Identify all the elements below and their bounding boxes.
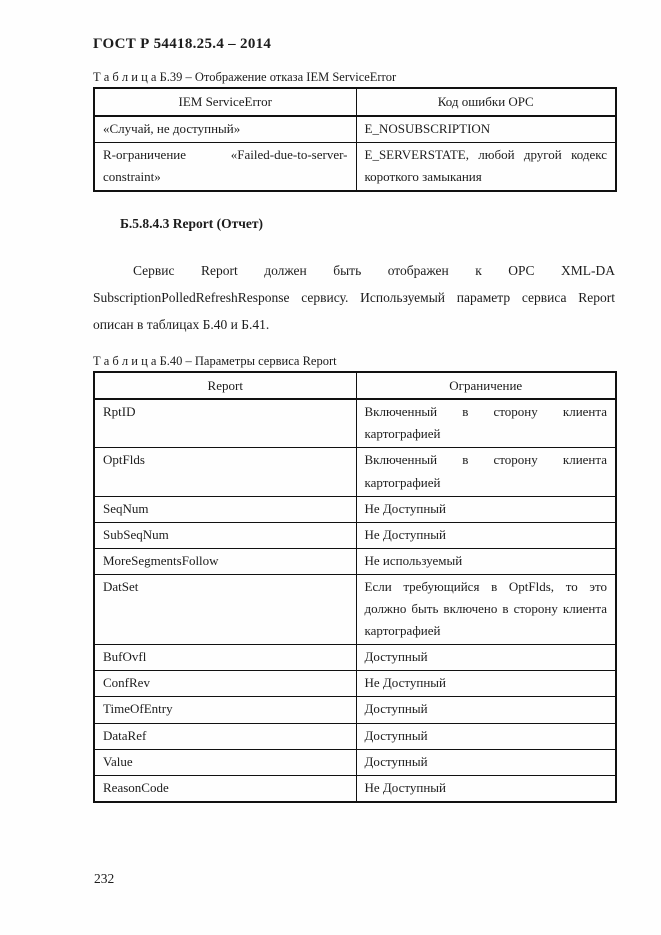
table-cell: Включенный в сторону клиента картографие…: [356, 448, 616, 496]
table-cell: Не Доступный: [356, 775, 616, 802]
table-row: SubSeqNum Не Доступный: [94, 522, 616, 548]
table-row: OptFlds Включенный в сторону клиента кар…: [94, 448, 616, 496]
table-row: DatSet Если требующийся в OptFlds, то эт…: [94, 574, 616, 644]
table-b40: Report Ограничение RptID Включенный в ст…: [93, 371, 617, 803]
section-heading: Б.5.8.4.3 Report (Отчет): [93, 216, 615, 232]
page-number: 232: [94, 871, 114, 887]
table-row: RptID Включенный в сторону клиента карто…: [94, 399, 616, 448]
document-page: ГОСТ Р 54418.25.4 – 2014 Т а б л и ц а Б…: [0, 0, 661, 935]
table-row: MoreSegmentsFollow Не используемый: [94, 548, 616, 574]
page-content: ГОСТ Р 54418.25.4 – 2014 Т а б л и ц а Б…: [93, 0, 615, 803]
table-cell: ReasonCode: [94, 775, 356, 802]
table-cell: DatSet: [94, 574, 356, 644]
table-cell: TimeOfEntry: [94, 697, 356, 723]
table-cell: SeqNum: [94, 496, 356, 522]
table-b40-header-row: Report Ограничение: [94, 372, 616, 400]
table-row: R-ограничение «Failed-due-to-server-cons…: [94, 142, 616, 191]
table-row: ReasonCode Не Доступный: [94, 775, 616, 802]
table-cell: RptID: [94, 399, 356, 448]
table-cell: Не Доступный: [356, 496, 616, 522]
table-cell: Включенный в сторону клиента картографие…: [356, 399, 616, 448]
table-b39-caption: Т а б л и ц а Б.39 – Отображение отказа …: [93, 70, 615, 85]
table-cell: DataRef: [94, 723, 356, 749]
table-b39: IEM ServiceError Код ошибки OPC «Случай,…: [93, 87, 617, 192]
table-cell: «Случай, не доступный»: [94, 116, 356, 143]
table-cell: Не Доступный: [356, 671, 616, 697]
table-cell: Доступный: [356, 645, 616, 671]
table-cell: Не используемый: [356, 548, 616, 574]
table-b39-col-header: IEM ServiceError: [94, 88, 356, 116]
table-cell: ConfRev: [94, 671, 356, 697]
document-title: ГОСТ Р 54418.25.4 – 2014: [93, 36, 615, 53]
table-row: «Случай, не доступный» E_NOSUBSCRIPTION: [94, 116, 616, 143]
table-cell: Если требующийся в OptFlds, то это должн…: [356, 574, 616, 644]
table-cell: E_SERVERSTATE, любой другой кодекс корот…: [356, 142, 616, 191]
table-b39-header-row: IEM ServiceError Код ошибки OPC: [94, 88, 616, 116]
body-paragraph: Сервис Report должен быть отображен к OP…: [93, 257, 615, 338]
table-cell: SubSeqNum: [94, 522, 356, 548]
table-cell: OptFlds: [94, 448, 356, 496]
table-row: Value Доступный: [94, 749, 616, 775]
table-cell: Не Доступный: [356, 522, 616, 548]
table-cell: Доступный: [356, 697, 616, 723]
table-b40-col-header: Report: [94, 372, 356, 400]
table-b39-col-header: Код ошибки OPC: [356, 88, 616, 116]
table-cell: MoreSegmentsFollow: [94, 548, 356, 574]
table-cell: Доступный: [356, 749, 616, 775]
table-row: TimeOfEntry Доступный: [94, 697, 616, 723]
table-b40-caption: Т а б л и ц а Б.40 – Параметры сервиса R…: [93, 354, 615, 369]
table-row: BufOvfl Доступный: [94, 645, 616, 671]
table-b40-col-header: Ограничение: [356, 372, 616, 400]
table-row: ConfRev Не Доступный: [94, 671, 616, 697]
table-row: SeqNum Не Доступный: [94, 496, 616, 522]
table-cell: E_NOSUBSCRIPTION: [356, 116, 616, 143]
table-cell: BufOvfl: [94, 645, 356, 671]
table-cell: R-ограничение «Failed-due-to-server-cons…: [94, 142, 356, 191]
table-row: DataRef Доступный: [94, 723, 616, 749]
table-cell: Value: [94, 749, 356, 775]
table-cell: Доступный: [356, 723, 616, 749]
